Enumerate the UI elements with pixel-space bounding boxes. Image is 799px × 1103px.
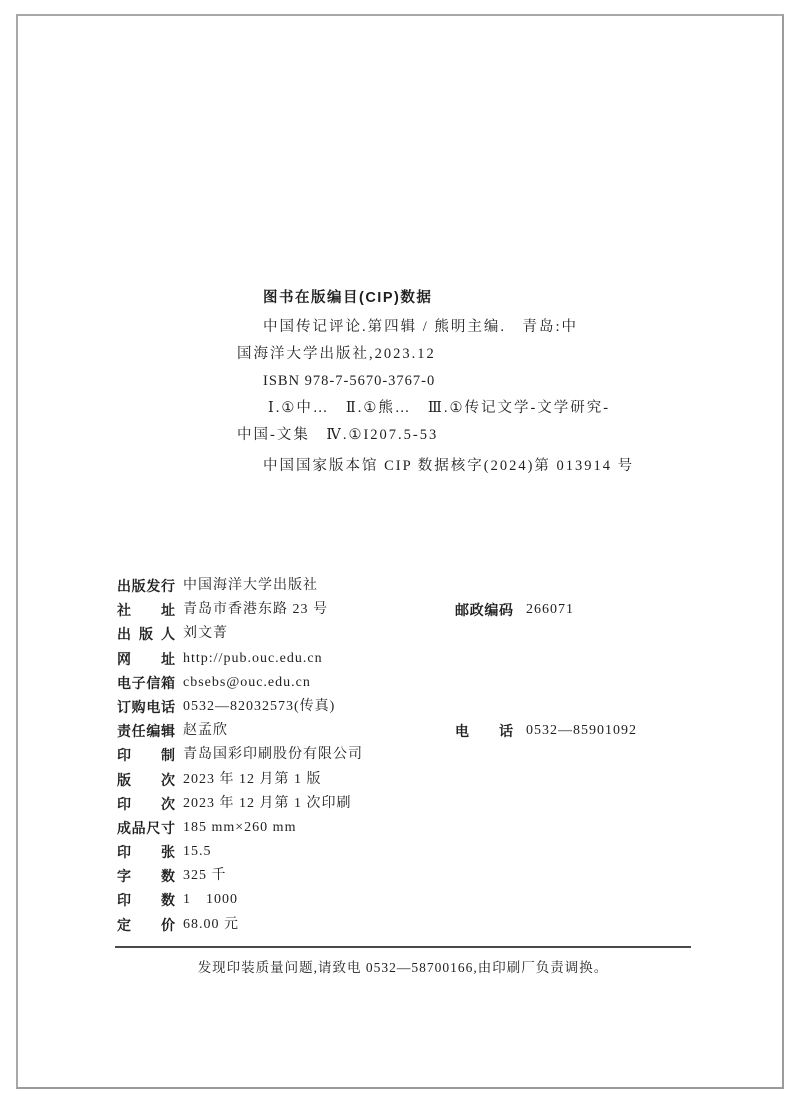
colophon-value: 15.5	[183, 844, 212, 859]
cip-heading: 图书在版编目(CIP)数据	[237, 285, 657, 312]
colophon-row-edition: 版次2023 年 12 月第 1 版	[117, 768, 697, 792]
cip-isbn-line: ISBN 978-7-5670-3767-0	[237, 368, 657, 395]
colophon-row-sheets: 印张15.5	[117, 840, 697, 864]
footer-divider	[115, 946, 691, 948]
colophon-value: 2023 年 12 月第 1 版	[183, 772, 322, 787]
colophon-value: 0532—82032573(传真)	[183, 699, 335, 714]
colophon-label: 出版发行	[117, 574, 175, 598]
postal-code-field: 邮政编码266071	[455, 598, 574, 622]
colophon-row-print-run: 印数1 1000	[117, 888, 697, 912]
colophon-label: 订购电话	[117, 695, 175, 719]
colophon-label: 印数	[117, 888, 175, 912]
postal-code-value: 266071	[526, 602, 574, 617]
colophon-row-website: 网址http://pub.ouc.edu.cn	[117, 647, 697, 671]
copyright-page: 图书在版编目(CIP)数据 中国传记评论.第四辑 / 熊明主编. 青岛:中 国海…	[0, 0, 799, 1103]
cip-record-line-1: 中国传记评论.第四辑 / 熊明主编. 青岛:中	[237, 314, 657, 341]
cip-registry-line: 中国国家版本馆 CIP 数据核字(2024)第 013914 号	[237, 453, 657, 480]
colophon-label: 定价	[117, 913, 175, 937]
colophon-label: 成品尺寸	[117, 816, 175, 840]
colophon-row-address: 社址青岛市香港东路 23 号 邮政编码266071	[117, 598, 697, 622]
cip-classification-line-2: 中国-文集 Ⅳ.①I207.5-53	[237, 422, 657, 449]
phone-field: 电话0532—85901092	[455, 719, 637, 743]
colophon-label: 印制	[117, 743, 175, 767]
colophon-row-publisher-person: 出版人刘文菁	[117, 622, 697, 646]
phone-label: 电话	[455, 719, 513, 743]
colophon-row-impression: 印次2023 年 12 月第 1 次印刷	[117, 792, 697, 816]
colophon-value: cbsebs@ouc.edu.cn	[183, 675, 311, 690]
colophon-row-printer: 印制青岛国彩印刷股份有限公司	[117, 743, 697, 767]
colophon-row-trim-size: 成品尺寸185 mm×260 mm	[117, 816, 697, 840]
colophon-value: 赵孟欣	[183, 723, 228, 738]
colophon-label: 字数	[117, 864, 175, 888]
colophon-row-order-phone: 订购电话0532—82032573(传真)	[117, 695, 697, 719]
colophon-value: 325 千	[183, 868, 227, 883]
colophon-value: 刘文菁	[183, 626, 228, 641]
colophon-row-email: 电子信箱cbsebs@ouc.edu.cn	[117, 671, 697, 695]
colophon-label: 网址	[117, 647, 175, 671]
colophon-row-word-count: 字数325 千	[117, 864, 697, 888]
colophon-value: 68.00 元	[183, 917, 239, 932]
cip-record-line-2: 国海洋大学出版社,2023.12	[237, 341, 657, 368]
colophon-value: 中国海洋大学出版社	[183, 578, 318, 593]
colophon-label: 社址	[117, 598, 175, 622]
colophon-label: 版次	[117, 768, 175, 792]
colophon-value: 青岛国彩印刷股份有限公司	[183, 747, 363, 762]
colophon-label: 出版人	[117, 622, 175, 646]
postal-code-label: 邮政编码	[455, 598, 513, 622]
cip-classification-line-1: Ⅰ.①中… Ⅱ.①熊… Ⅲ.①传记文学-文学研究-	[237, 395, 657, 422]
colophon-row-publisher: 出版发行中国海洋大学出版社	[117, 574, 697, 598]
colophon-row-editor: 责任编辑赵孟欣 电话0532—85901092	[117, 719, 697, 743]
colophon-label: 责任编辑	[117, 719, 175, 743]
phone-value: 0532—85901092	[526, 723, 637, 738]
colophon-value: 青岛市香港东路 23 号	[183, 602, 328, 617]
colophon-table: 出版发行中国海洋大学出版社 社址青岛市香港东路 23 号 邮政编码266071 …	[117, 574, 697, 937]
colophon-label: 印张	[117, 840, 175, 864]
colophon-label: 印次	[117, 792, 175, 816]
colophon-value: 185 mm×260 mm	[183, 820, 296, 835]
printing-quality-notice: 发现印装质量问题,请致电 0532—58700166,由印刷厂负责调换。	[115, 958, 691, 978]
colophon-value: 1 1000	[183, 892, 238, 907]
colophon-row-price: 定价68.00 元	[117, 913, 697, 937]
colophon-value: 2023 年 12 月第 1 次印刷	[183, 796, 352, 811]
cip-data-block: 图书在版编目(CIP)数据 中国传记评论.第四辑 / 熊明主编. 青岛:中 国海…	[237, 285, 657, 480]
colophon-value: http://pub.ouc.edu.cn	[183, 651, 323, 666]
colophon-label: 电子信箱	[117, 671, 175, 695]
